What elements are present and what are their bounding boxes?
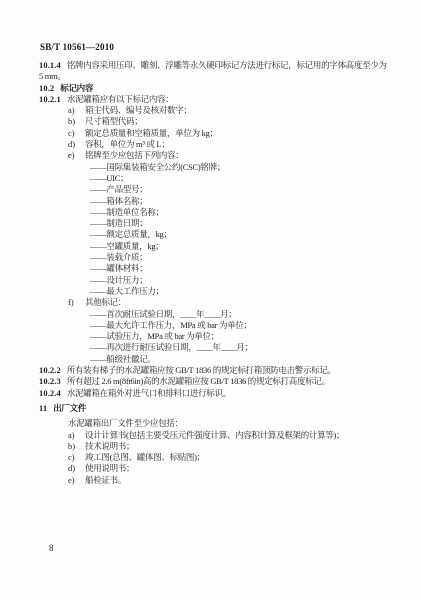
line-text: 铭牌内容采用压印、雕刻、浮雕等永久硬印标记方法进行标记，标记用的字体高度至少为 bbox=[67, 60, 387, 70]
line-text: 所有超过 2.6 m(8ft6in)高的水泥罐箱应按 GB/T 1836 的规定… bbox=[67, 376, 330, 386]
clause-number: 10.2.3 bbox=[39, 376, 61, 386]
doc-line-dash: ——产品型号； bbox=[39, 184, 404, 195]
doc-line-para: 10.2.1水泥罐箱应有以下标记内容： bbox=[39, 94, 404, 105]
line-text: 船检证书。 bbox=[85, 475, 126, 485]
list-item-letter: e) bbox=[68, 475, 85, 486]
list-item-letter: b) bbox=[68, 441, 85, 452]
list-item-letter: a) bbox=[68, 430, 85, 441]
doc-line-dash: ——最大允许工作压力，MPa 或 bar 为单位； bbox=[39, 320, 404, 331]
line-text: 容积，单位为 m³ 或 L； bbox=[85, 139, 170, 149]
doc-line-dash: ——空罐质量，kg； bbox=[39, 241, 404, 252]
line-text: 铭牌至少应包括下列内容： bbox=[85, 150, 183, 160]
page-number: 8 bbox=[49, 543, 54, 553]
line-text: ——再次进行耐压试验日期，____年____月； bbox=[90, 342, 253, 352]
list-item-letter: b) bbox=[68, 116, 85, 127]
doc-line-para: 10.2.3所有超过 2.6 m(8ft6in)高的水泥罐箱应按 GB/T 18… bbox=[39, 376, 404, 387]
doc-line-letter: d)使用说明书； bbox=[39, 463, 404, 474]
clause-number: 11 bbox=[39, 403, 47, 413]
doc-line-dash: ——设计压力； bbox=[39, 275, 404, 286]
doc-line-letter: e)铭牌至少应包括下列内容： bbox=[39, 150, 404, 161]
line-text: ——产品型号； bbox=[90, 184, 147, 194]
document-body: 10.1.4铭牌内容采用压印、雕刻、浮雕等永久硬印标记方法进行标记，标记用的字体… bbox=[39, 60, 404, 486]
doc-line-letter: d)容积，单位为 m³ 或 L； bbox=[39, 139, 404, 150]
line-text: ——空罐质量，kg； bbox=[90, 241, 164, 251]
line-text: 所有装有梯子的水泥罐箱应按 GB/T 1836 的规定标打箱顶防电击警示标记。 bbox=[67, 365, 336, 375]
line-text: 5 mm。 bbox=[39, 71, 66, 81]
doc-line-dash: ——罐体材料； bbox=[39, 263, 404, 274]
clause-number: 10.2.2 bbox=[39, 365, 61, 375]
doc-line-dash: ——试验压力，MPa 或 bar 为单位； bbox=[39, 331, 404, 342]
line-text: ——首次耐压试验日期，____年____月； bbox=[90, 309, 236, 319]
doc-line-heading: 10.2标记内容 bbox=[39, 83, 404, 94]
doc-line-para: 10.1.4铭牌内容采用压印、雕刻、浮雕等永久硬印标记方法进行标记，标记用的字体… bbox=[39, 60, 404, 71]
line-text: ——船级社徽记。 bbox=[90, 354, 156, 364]
doc-line-cont: 5 mm。 bbox=[39, 71, 404, 82]
line-text: ——国际集装箱安全公约(CSC)铭牌； bbox=[90, 162, 225, 172]
doc-line-letter: b)技术说明书； bbox=[39, 441, 404, 452]
list-item-letter: d) bbox=[68, 463, 85, 474]
clause-number: 10.1.4 bbox=[39, 60, 61, 70]
doc-line-letter: a)设计计算书(包括主要受压元件强度计算、内容积计算及框架的计算等)； bbox=[39, 430, 404, 441]
line-text: 出厂文件 bbox=[53, 403, 86, 413]
line-text: 技术说明书； bbox=[85, 441, 134, 451]
doc-line-letter: b)尺寸箱型代码； bbox=[39, 116, 404, 127]
list-item-letter: c) bbox=[68, 128, 85, 139]
doc-line-dash: ——船级社徽记。 bbox=[39, 354, 404, 365]
line-text: ——制造日期； bbox=[90, 218, 147, 228]
doc-line-intro: 水泥罐箱出厂文件至少应包括： bbox=[39, 418, 404, 429]
clause-number: 10.2.4 bbox=[39, 388, 61, 398]
list-item-letter: d) bbox=[68, 139, 85, 150]
line-text: 竣工图(总图、罐体图、标贴图)； bbox=[85, 452, 205, 462]
line-text: 尺寸箱型代码； bbox=[85, 116, 142, 126]
standard-number-header: SB/T 10561—2010 bbox=[40, 42, 114, 52]
list-item-letter: f) bbox=[68, 297, 85, 308]
line-text: 标记内容 bbox=[60, 83, 93, 93]
doc-line-dash: ——额定总质量，kg； bbox=[39, 229, 404, 240]
doc-line-dash: ——制造日期； bbox=[39, 218, 404, 229]
doc-line-letter: a)箱主代码、编号及核对数字； bbox=[39, 105, 404, 116]
doc-line-letter: c)额定总质量和空箱质量，单位为 kg； bbox=[39, 128, 404, 139]
doc-line-dash: ——再次进行耐压试验日期，____年____月； bbox=[39, 342, 404, 353]
clause-number: 10.2.1 bbox=[39, 94, 61, 104]
line-text: ——额定总质量，kg； bbox=[90, 229, 172, 239]
line-text: ——设计压力； bbox=[90, 275, 147, 285]
document-page: SB/T 10561—2010 10.1.4铭牌内容采用压印、雕刻、浮雕等永久硬… bbox=[0, 0, 421, 600]
line-text: ——最大工作压力； bbox=[90, 286, 164, 296]
line-text: 设计计算书(包括主要受压元件强度计算、内容积计算及框架的计算等)； bbox=[85, 430, 344, 440]
doc-line-dash: ——国际集装箱安全公约(CSC)铭牌； bbox=[39, 162, 404, 173]
doc-line-dash: ——首次耐压试验日期，____年____月； bbox=[39, 309, 404, 320]
list-item-letter: c) bbox=[68, 452, 85, 463]
line-text: ——罐体材料； bbox=[90, 263, 147, 273]
doc-line-letter: e)船检证书。 bbox=[39, 475, 404, 486]
doc-line-letter: f)其他标记： bbox=[39, 297, 404, 308]
doc-line-dash: ——装载介质； bbox=[39, 252, 404, 263]
list-item-letter: e) bbox=[68, 150, 85, 161]
line-text: ——UIC； bbox=[90, 173, 128, 183]
line-text: 水泥罐箱在箱外对进气口和排料口进行标识。 bbox=[67, 388, 231, 398]
doc-line-dash: ——制造单位名称； bbox=[39, 207, 404, 218]
doc-line-letter: c)竣工图(总图、罐体图、标贴图)； bbox=[39, 452, 404, 463]
clause-number: 10.2 bbox=[39, 83, 54, 93]
line-text: ——箱体名称； bbox=[90, 196, 147, 206]
line-text: 使用说明书； bbox=[85, 463, 134, 473]
doc-line-dash: ——最大工作压力； bbox=[39, 286, 404, 297]
line-text: ——试验压力，MPa 或 bar 为单位； bbox=[90, 331, 219, 341]
doc-line-heading: 11出厂文件 bbox=[39, 403, 404, 414]
list-item-letter: a) bbox=[68, 105, 85, 116]
line-text: 水泥罐箱出厂文件至少应包括： bbox=[68, 418, 183, 428]
line-text: ——制造单位名称； bbox=[90, 207, 164, 217]
line-text: 水泥罐箱应有以下标记内容： bbox=[67, 94, 174, 104]
doc-line-para: 10.2.4水泥罐箱在箱外对进气口和排料口进行标识。 bbox=[39, 388, 404, 399]
line-text: ——最大允许工作压力，MPa 或 bar 为单位； bbox=[90, 320, 252, 330]
doc-line-dash: ——箱体名称； bbox=[39, 196, 404, 207]
line-text: 其他标记： bbox=[85, 297, 126, 307]
line-text: 箱主代码、编号及核对数字； bbox=[85, 105, 192, 115]
doc-line-dash: ——UIC； bbox=[39, 173, 404, 184]
doc-line-para: 10.2.2所有装有梯子的水泥罐箱应按 GB/T 1836 的规定标打箱顶防电击… bbox=[39, 365, 404, 376]
line-text: ——装载介质； bbox=[90, 252, 147, 262]
line-text: 额定总质量和空箱质量，单位为 kg； bbox=[85, 128, 218, 138]
